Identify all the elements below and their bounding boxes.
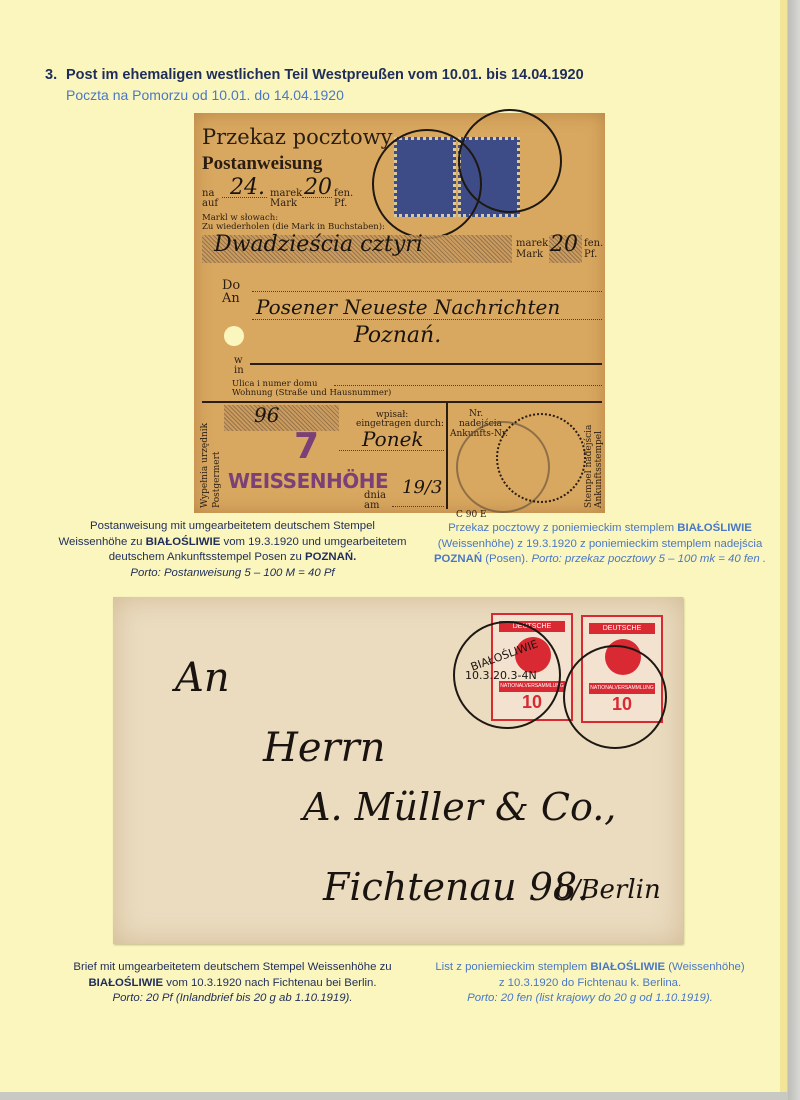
card-heading-german: Postanweisung bbox=[202, 153, 322, 175]
caption-text: Przekaz pocztowy z poniemieckim stemplem bbox=[448, 522, 677, 534]
caption-place: BIAŁOŚLIWIE bbox=[88, 977, 163, 989]
recipient-city: Poznań. bbox=[354, 323, 441, 348]
am-label: am bbox=[364, 501, 379, 511]
title-polish: Poczta na Pomorzu od 10.01. do 14.04.192… bbox=[66, 87, 344, 103]
street-label-de: Wohnung (Straße und Hausnummer) bbox=[232, 388, 391, 398]
caption-line: z 10.3.1920 do Fichtenau k. Berlina. bbox=[400, 976, 780, 992]
auf-label: auf bbox=[202, 199, 218, 209]
section-number: 3. bbox=[45, 67, 66, 83]
caption-text: Weissenhöhe zu bbox=[58, 536, 145, 548]
address-herrn: Herrn bbox=[263, 725, 386, 771]
title-german: Post im ehemaligen westlichen Teil Westp… bbox=[66, 67, 584, 83]
pf-label-2: Pf. bbox=[584, 250, 597, 260]
pf-label: Pf. bbox=[334, 199, 347, 209]
postmark-bialosliwie-2 bbox=[458, 109, 562, 213]
arrival-stamp-label-de: Ankunftsstempel bbox=[594, 413, 604, 508]
caption-money-order-polish: Przekaz pocztowy z poniemieckim stemplem… bbox=[410, 521, 790, 568]
caption-line: Brief mit umgearbeitetem deutschem Stemp… bbox=[55, 960, 410, 976]
card-heading-polish: Przekaz pocztowy bbox=[202, 125, 392, 149]
mark-label: Mark bbox=[270, 199, 297, 209]
caption-line: (Weissenhöhe) z 19.3.1920 z poniemieckim… bbox=[410, 537, 790, 553]
marek-label-2: marek bbox=[516, 239, 548, 249]
office-label-pl: Wypełnia urzędnik bbox=[200, 413, 210, 508]
address-an: An bbox=[175, 655, 230, 701]
money-order-card: Przekaz pocztowy Postanweisung na auf 24… bbox=[194, 113, 605, 513]
caption-text: List z poniemieckim stemplem bbox=[435, 961, 590, 973]
fen-label-2: fen. bbox=[584, 239, 603, 249]
arrival-stamp-circle bbox=[496, 413, 586, 503]
caption-money-order-german: Postanweisung mit umgearbeitetem deutsch… bbox=[55, 519, 410, 581]
address-city: b/Berlin bbox=[555, 875, 661, 905]
stamp-country: DEUTSCHE bbox=[589, 623, 655, 634]
an-label: An bbox=[222, 294, 240, 304]
caption-place: POZNAŃ. bbox=[305, 551, 356, 563]
caption-text: vom 10.3.1920 nach Fichtenau bei Berlin. bbox=[163, 977, 376, 989]
purple-stamp-number: 7 bbox=[294, 426, 319, 467]
form-code: C 90 E bbox=[456, 510, 487, 520]
caption-place: POZNAŃ bbox=[434, 553, 482, 565]
entered-by-signature: Ponek bbox=[362, 427, 424, 451]
caption-place: BIAŁOŚLIWIE bbox=[590, 961, 665, 973]
arrival-stamp-label-pl: Stempel nadejścia bbox=[584, 413, 594, 508]
amount-pf-2: 20 bbox=[550, 232, 578, 257]
section-title: 3.Post im ehemaligen westlichen Teil Wes… bbox=[45, 67, 584, 83]
amount-marks: 24. bbox=[230, 175, 265, 200]
caption-text: deutschem Ankunftsstempel Posen zu bbox=[109, 551, 305, 563]
caption-line: Postanweisung mit umgearbeitetem deutsch… bbox=[55, 519, 410, 535]
caption-text: (Posen). bbox=[482, 553, 531, 565]
address-company: A. Müller & Co., bbox=[303, 785, 616, 829]
caption-letter-polish: List z poniemieckim stemplem BIAŁOŚLIWIE… bbox=[400, 960, 780, 1007]
recipient-name: Posener Neueste Nachrichten bbox=[256, 295, 560, 319]
amount-pf: 20 bbox=[304, 175, 332, 200]
mark-label-2: Mark bbox=[516, 250, 543, 260]
caption-place: BIAŁOŚLIWIE bbox=[146, 536, 221, 548]
address-street: Fichtenau 98. bbox=[323, 865, 589, 909]
punch-hole bbox=[224, 326, 244, 346]
office-label-de: Postgermert bbox=[212, 413, 222, 508]
amount-words: Dwadzieścia cztyri bbox=[214, 232, 423, 257]
caption-porto: Porto: przekaz pocztowy 5 – 100 mk = 40 … bbox=[531, 553, 766, 565]
number-96: 96 bbox=[254, 403, 279, 427]
do-label: Do bbox=[222, 281, 240, 291]
in-label: in bbox=[234, 366, 244, 376]
number-field bbox=[224, 405, 339, 431]
caption-text: (Weissenhöhe) bbox=[665, 961, 745, 973]
caption-porto: Porto: 20 Pf (Inlandbrief bis 20 g ab 1.… bbox=[113, 992, 353, 1004]
date-entry: 19/3 bbox=[402, 477, 442, 498]
arrival-nr-label: Nr. bbox=[469, 409, 483, 419]
caption-letter-german: Brief mit umgearbeitetem deutschem Stemp… bbox=[55, 960, 410, 1007]
caption-porto: Porto: 20 fen (list krajowy do 20 g od 1… bbox=[467, 992, 713, 1004]
caption-porto: Porto: Postanweisung 5 – 100 M = 40 Pf bbox=[130, 567, 334, 579]
postmark-date: 10.3.20.3-4N bbox=[465, 669, 537, 682]
words-label-de: Zu wiederholen (die Mark in Buchstaben): bbox=[202, 222, 385, 232]
caption-text: vom 19.3.1920 und umgearbeitetem bbox=[220, 536, 406, 548]
envelope-cover: DEUTSCHE NATIONALVERSAMMLUNG 10 DEUTSCHE… bbox=[113, 597, 683, 944]
caption-place: BIAŁOŚLIWIE bbox=[677, 522, 752, 534]
postmark-bialosliwie-right bbox=[563, 645, 667, 749]
